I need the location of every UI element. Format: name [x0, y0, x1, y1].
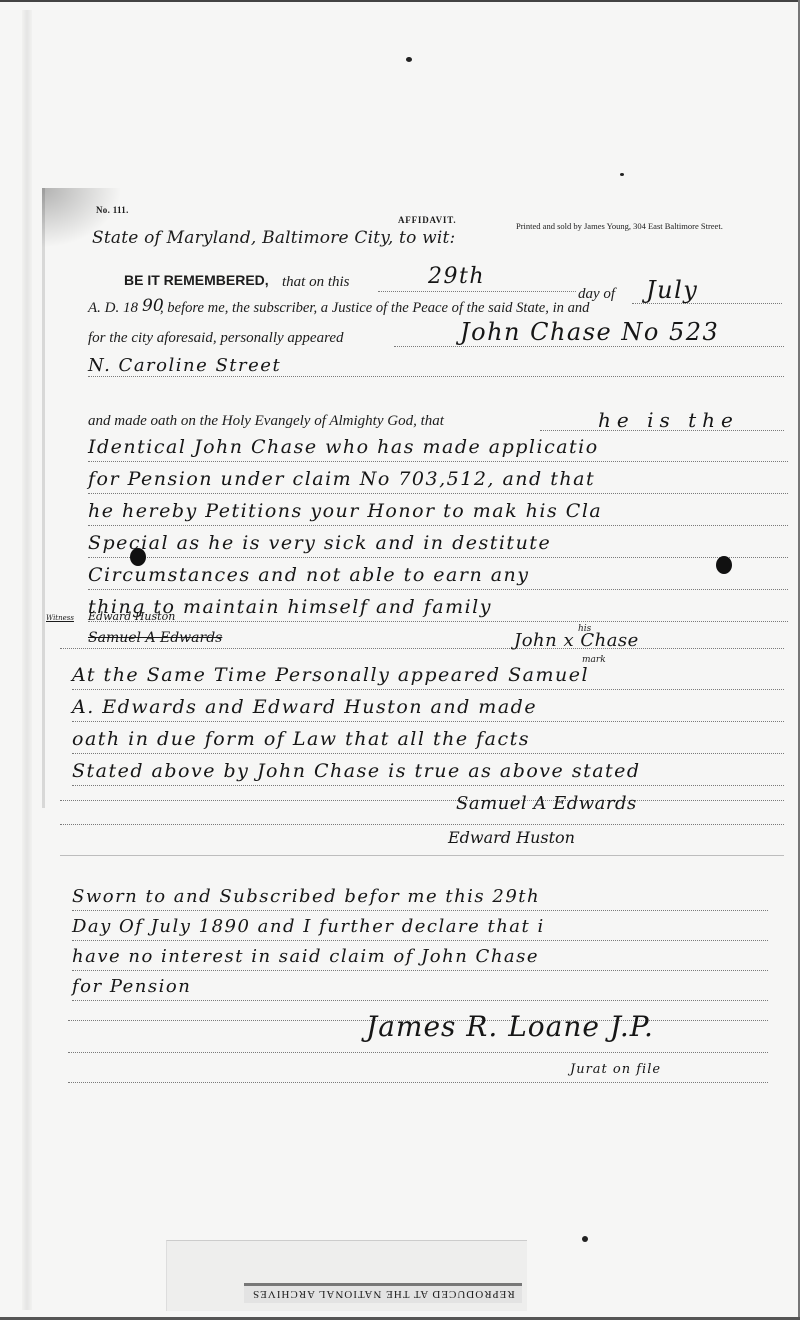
witness-oath-rule: [72, 785, 784, 786]
be-it-remembered: BE IT REMEMBERED,: [124, 272, 269, 288]
witness-oath-line: oath in due form of Law that all the fac…: [72, 728, 530, 750]
body-rule: [88, 621, 788, 622]
form-number: No. 111.: [96, 205, 129, 215]
jurisdiction-line: State of Maryland, Baltimore City, to wi…: [92, 228, 455, 248]
punch-hole: [716, 556, 732, 574]
form-title: AFFIDAVIT.: [398, 215, 456, 225]
for-city-text: for the city aforesaid, personally appea…: [88, 330, 344, 347]
jurat-rule: [72, 910, 768, 911]
witness-oath-line: Stated above by John Chase is true as ab…: [72, 760, 641, 782]
body-rule: [88, 461, 788, 462]
address-field: N. Caroline Street: [88, 355, 281, 376]
ink-speck: [620, 173, 624, 176]
appeared-name-field: John Chase No 523: [460, 318, 719, 346]
jurat-rule: [72, 940, 768, 941]
before-me-text: , before me, the subscriber, a Justice o…: [160, 300, 589, 317]
jurat-line: Day Of July 1890 and I further declare t…: [72, 916, 545, 937]
signature-line-1: [60, 800, 784, 801]
body-line: he hereby Petitions your Honor to mak hi…: [88, 500, 602, 522]
jurat-line: Sworn to and Subscribed befor me this 29…: [72, 886, 540, 907]
ink-speck: [582, 1236, 588, 1242]
body-rule: [88, 493, 788, 494]
witness-line: [60, 648, 784, 649]
ink-speck: [406, 57, 412, 62]
punch-hole: [130, 548, 146, 566]
archive-stamp-text: REPRODUCED AT THE NATIONAL ARCHIVES: [252, 1286, 515, 1302]
witness-2-signature: Samuel A Edwards: [88, 630, 222, 646]
witness-oath-rule: [72, 753, 784, 754]
witness-label: Witness: [46, 614, 74, 622]
page-fold-shadow: [22, 10, 32, 1310]
signature-line-2: [60, 824, 784, 825]
jurat-line-6: [68, 1052, 768, 1053]
justice-signature: James R. Loane J.P.: [366, 1010, 654, 1043]
body-rule: [88, 557, 788, 558]
body-line: Circumstances and not able to earn any: [88, 564, 530, 586]
address-field-line: [88, 376, 784, 377]
body-line: Special as he is very sick and in destit…: [88, 532, 551, 554]
made-oath-text: and made oath on the Holy Evangely of Al…: [88, 413, 444, 430]
body-line: Identical John Chase who has made applic…: [88, 436, 599, 458]
printer-credit: Printed and sold by James Young, 304 Eas…: [516, 221, 723, 231]
that-on-this-label: that on this: [282, 274, 350, 291]
day-field-line: [378, 291, 576, 292]
witness-oath-rule: [72, 689, 784, 690]
ad-prefix: A. D. 18: [88, 300, 138, 317]
witness-oath-rule: [72, 721, 784, 722]
month-field: July: [646, 276, 698, 304]
jurat-line: have no interest in said claim of John C…: [72, 946, 539, 967]
body-rule: [88, 589, 788, 590]
form-edge: [42, 188, 45, 808]
scan-border-top: [0, 0, 800, 2]
jurat-rule: [72, 1000, 768, 1001]
jurat-line: for Pension: [72, 976, 191, 997]
body-rule: [88, 525, 788, 526]
archive-stamp: REPRODUCED AT THE NATIONAL ARCHIVES: [244, 1283, 522, 1303]
body-line: for Pension under claim No 703,512, and …: [88, 468, 595, 490]
witness-oath-line: A. Edwards and Edward Huston and made: [72, 696, 537, 718]
claimant-signature: John x Chase: [514, 630, 639, 651]
witness-signature-edward: Edward Huston: [448, 828, 575, 847]
justice-note: Jurat on file: [570, 1062, 661, 1077]
signature-line-3: [60, 855, 784, 856]
jurat-rule: [72, 970, 768, 971]
jurat-line-7: [68, 1082, 768, 1083]
mark-his: his: [578, 624, 591, 634]
witness-1-signature: Edward Huston: [88, 610, 175, 623]
day-field: 29th: [428, 264, 485, 289]
witness-oath-line: At the Same Time Personally appeared Sam…: [72, 664, 589, 686]
oath-start-field: he is the: [598, 408, 739, 432]
appeared-field-line: [394, 346, 784, 347]
witness-signature-samuel: Samuel A Edwards: [456, 793, 637, 814]
